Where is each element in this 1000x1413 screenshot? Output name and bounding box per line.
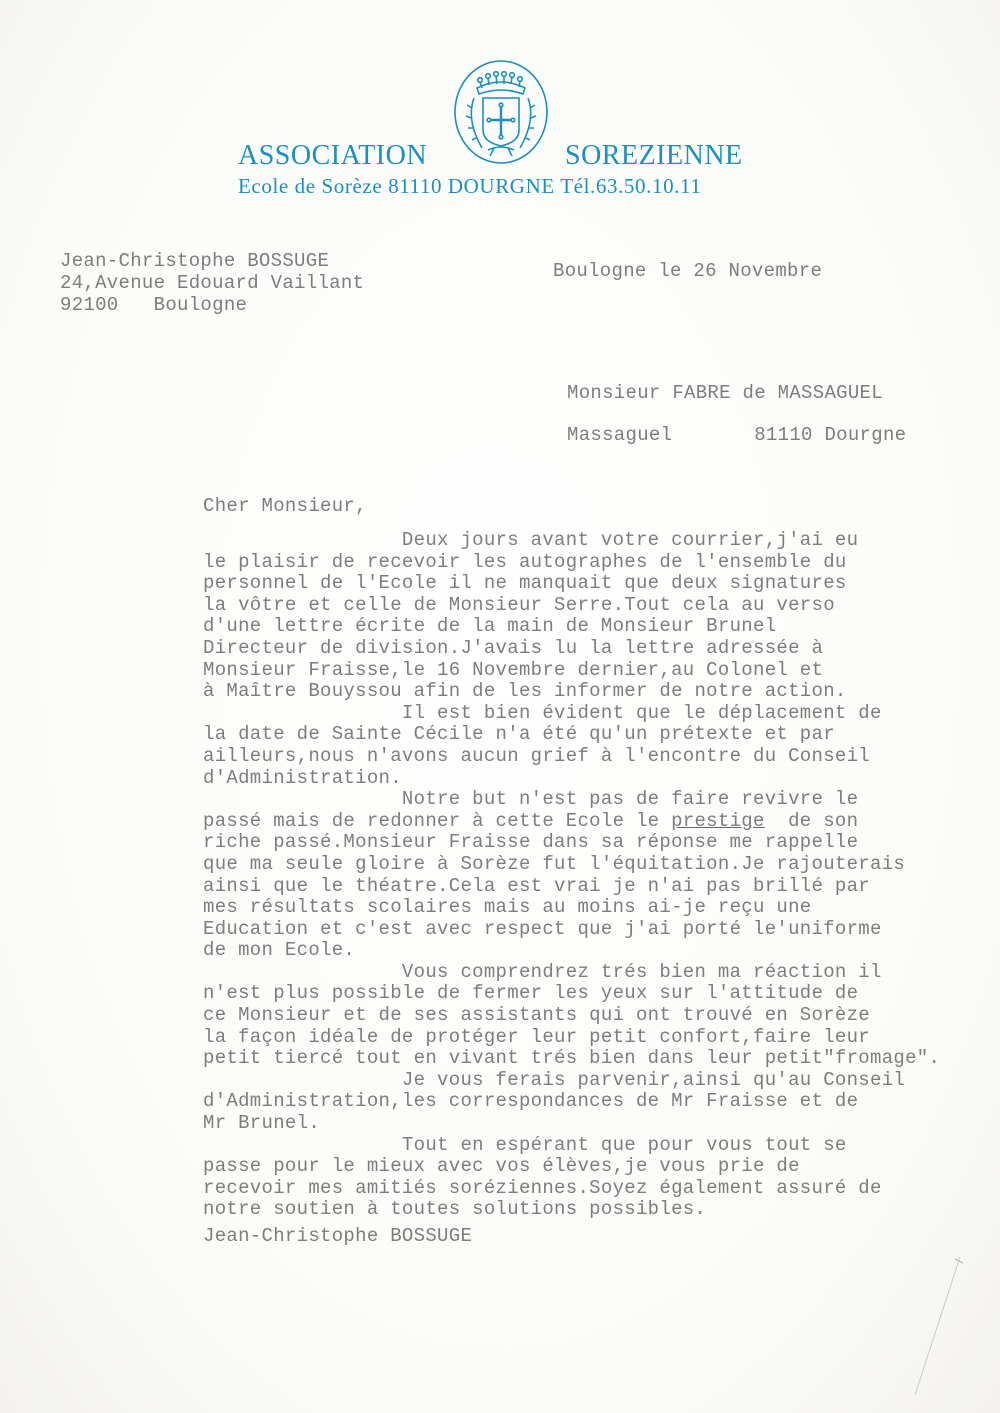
- body-line: d'Administration,les correspondances de …: [203, 1091, 940, 1113]
- signature: Jean-Christophe BOSSUGE: [203, 1225, 472, 1247]
- salutation: Cher Monsieur,: [203, 495, 367, 517]
- underlined-word: prestige: [671, 810, 765, 832]
- letter-body: Deux jours avant votre courrier,j'ai eul…: [203, 530, 940, 1221]
- body-line: riche passé.Monsieur Fraisse dans sa rép…: [203, 832, 940, 854]
- body-line: d'Administration.: [203, 768, 940, 790]
- body-line: n'est plus possible de fermer les yeux s…: [203, 983, 940, 1005]
- body-line: ailleurs,nous n'avons aucun grief à l'en…: [203, 746, 940, 768]
- body-line: Je vous ferais parvenir,ainsi qu'au Cons…: [203, 1070, 940, 1092]
- body-line: la façon idéale de protéger leur petit c…: [203, 1027, 940, 1049]
- letter-date: Boulogne le 26 Novembre: [553, 260, 822, 282]
- body-line: notre soutien à toutes solutions possibl…: [203, 1199, 940, 1221]
- body-line: de mon Ecole.: [203, 940, 940, 962]
- body-line: petit tiercé tout en vivant trés bien da…: [203, 1048, 940, 1070]
- sender-block: Jean-Christophe BOSSUGE24,Avenue Edouard…: [60, 250, 364, 316]
- body-line: recevoir mes amitiés soréziennes.Soyez é…: [203, 1178, 940, 1200]
- body-line: ce Monsieur et de ses assistants qui ont…: [203, 1005, 940, 1027]
- body-line: Education et c'est avec respect que j'ai…: [203, 919, 940, 941]
- org-address-line: Ecole de Sorèze 81110 DOURGNE Tél.63.50.…: [238, 174, 701, 199]
- body-line: passe pour le mieux avec vos élèves,je v…: [203, 1156, 940, 1178]
- body-line: Tout en espérant que pour vous tout se: [203, 1135, 940, 1157]
- body-line: passé mais de redonner à cette Ecole le …: [203, 811, 940, 833]
- body-line: mes résultats scolaires mais au moins ai…: [203, 897, 940, 919]
- body-line: que ma seule gloire à Sorèze fut l'équit…: [203, 854, 940, 876]
- body-line: ainsi que le théatre.Cela est vrai je n'…: [203, 876, 940, 898]
- sender-name: Jean-Christophe BOSSUGE: [60, 250, 364, 272]
- sender-street: 24,Avenue Edouard Vaillant: [60, 272, 364, 294]
- coat-of-arms-icon: [452, 58, 550, 166]
- body-line: Monsieur Fraisse,le 16 Novembre dernier,…: [203, 660, 940, 682]
- recipient-address: Massaguel 81110 Dourgne: [567, 424, 906, 446]
- org-name-left: ASSOCIATION: [238, 140, 427, 172]
- body-line: Il est bien évident que le déplacement d…: [203, 703, 940, 725]
- body-line: la date de Sainte Cécile n'a été qu'un p…: [203, 724, 940, 746]
- body-line: Mr Brunel.: [203, 1113, 940, 1135]
- body-line: Vous comprendrez trés bien ma réaction i…: [203, 962, 940, 984]
- body-line: le plaisir de recevoir les autographes d…: [203, 552, 940, 574]
- sender-city: 92100 Boulogne: [60, 294, 364, 316]
- body-line: Notre but n'est pas de faire revivre le: [203, 789, 940, 811]
- recipient-name: Monsieur FABRE de MASSAGUEL: [567, 382, 883, 404]
- body-line: Deux jours avant votre courrier,j'ai eu: [203, 530, 940, 552]
- org-name-right: SOREZIENNE: [565, 140, 743, 172]
- body-line: à Maître Bouyssou afin de les informer d…: [203, 681, 940, 703]
- body-line: personnel de l'Ecole il ne manquait que …: [203, 573, 940, 595]
- body-line: la vôtre et celle de Monsieur Serre.Tout…: [203, 595, 940, 617]
- body-line: d'une lettre écrite de la main de Monsie…: [203, 616, 940, 638]
- paper-crease-mark: [905, 1255, 965, 1405]
- body-line: Directeur de division.J'avais lu la lett…: [203, 638, 940, 660]
